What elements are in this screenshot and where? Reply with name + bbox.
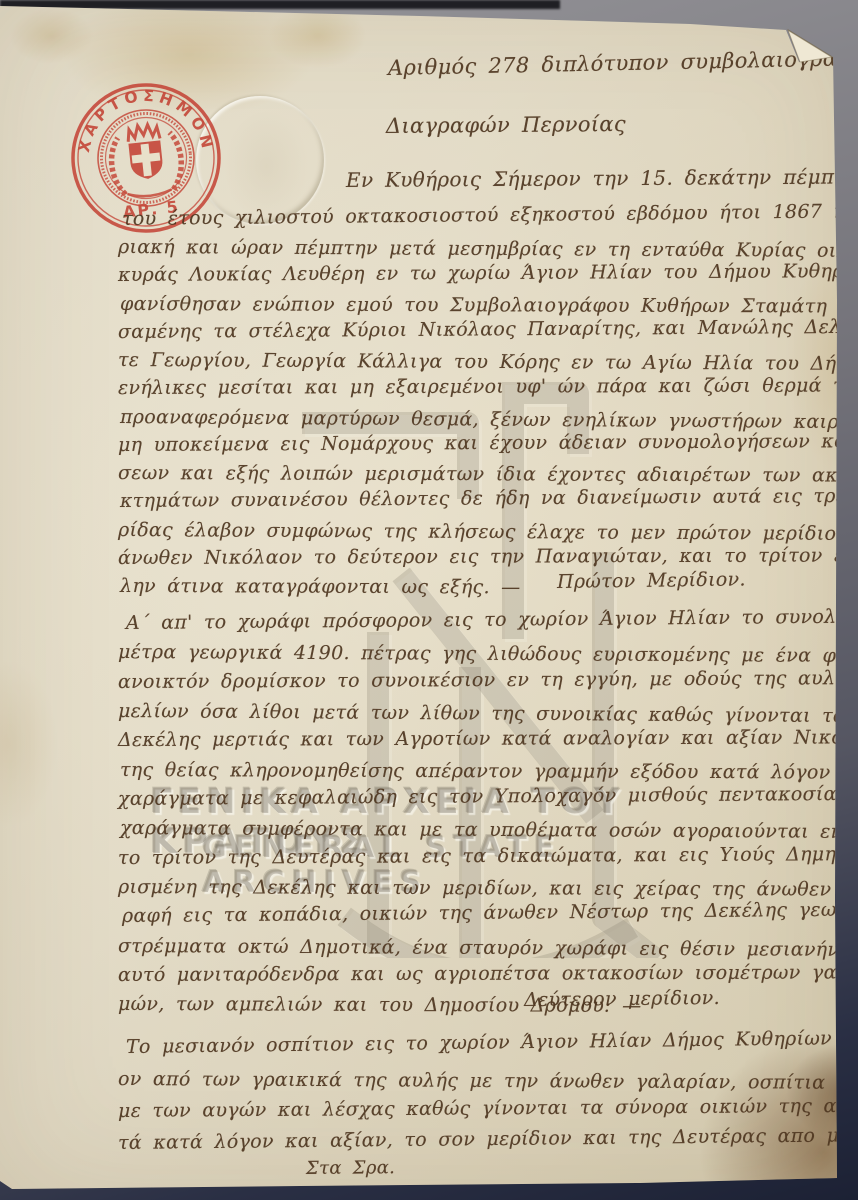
handwriting-line: Α΄ απ' το χωράφι πρόσφορον εις το χωρίον… bbox=[126, 605, 858, 634]
manuscript-page: ΓΕΝΙΚΑ ΑΡΧΕΙΑ ΤΟΥ ΚΡΑΤΟΥΣ GENERAL STATE … bbox=[0, 0, 858, 1200]
handwriting-line: σαμένης τα στέλεχα Κύριοι Νικόλαος Παναρ… bbox=[118, 315, 858, 343]
handwriting-line: ριακή και ώραν πέμπτην μετά μεσημβρίας ε… bbox=[118, 236, 858, 262]
handwriting-line: το τρίτον της Δευτέρας και εις τα δικαιώ… bbox=[118, 842, 858, 869]
handwriting-line: ον από των γραικικά της αυλής με την άνω… bbox=[118, 1068, 858, 1094]
handwriting-line: Αριθμός 278 διπλότυπον συμβολαιογραφικόν… bbox=[388, 43, 858, 80]
handwriting-line: προαναφερόμενα μαρτύρων θεσμά, ξένων ενη… bbox=[120, 406, 858, 433]
handwriting-line: Το μεσιανόν οσπίτιον εις το χωρίον Άγιον… bbox=[126, 1027, 858, 1058]
handwriting-line: κτημάτων συναινέσου θέλοντες δε ήδη να δ… bbox=[120, 484, 858, 512]
handwriting-line: ανοικτόν δρομίσκον το συνοικέσιον εν τη … bbox=[118, 666, 858, 693]
handwriting-line: τε Γεωργίου, Γεωργία Κάλλιγα του Κόρης ε… bbox=[118, 349, 858, 376]
handwriting-line: Στα Σρα. bbox=[306, 1157, 395, 1179]
handwriting-line: μελίων όσα λίθοι μετά των λίθων της συνο… bbox=[118, 700, 858, 728]
handwriting-line: χαράγματα με κεφαλαιώδη εις τον Υπολοχαγ… bbox=[118, 782, 858, 810]
handwriting-line: Δεκέλης μερτιάς και των Αγροτίων κατά αν… bbox=[118, 726, 858, 751]
handwriting-line: τά κατά λόγον και αξίαν, το σον μερίδιον… bbox=[118, 1124, 858, 1154]
greek-cross-shield-icon bbox=[128, 140, 164, 180]
handwriting-line: φανίσθησαν ενώπιον εμού του Συμβολαιογρά… bbox=[120, 293, 858, 318]
handwriting-line: Πρώτον Μερίδιον. bbox=[557, 568, 746, 593]
handwriting-line: ρίδας έλαβον συμφώνως της κλήσεως έλαχε … bbox=[118, 519, 858, 545]
scan-viewport: { "colors":{ "paper":"#e7dfc9", "ink":"#… bbox=[0, 0, 858, 1200]
handwriting-line: Διαγραφών Περνοίας bbox=[386, 112, 626, 138]
handwriting-line: σεων και εξής λοιπών μερισμάτων ίδια έχο… bbox=[118, 462, 858, 487]
handwriting-line: ραφή εις τα κοπάδια, οικιών της άνωθεν Ν… bbox=[122, 898, 858, 927]
laurel-right bbox=[167, 131, 184, 189]
handwriting-line: κυράς Λουκίας Λευθέρη εν τω χωρίω Άγιον … bbox=[118, 260, 858, 286]
crown-icon bbox=[127, 124, 160, 142]
handwriting-line: μέτρα γεωργικά 4190. πέτρας γης λιθώδους… bbox=[118, 641, 858, 668]
handwriting-line: μη υποκείμενα εις Νομάρχους και έχουν άδ… bbox=[118, 430, 858, 456]
handwriting-line: χαράγματα συμφέροντα και με τα υποθέματα… bbox=[120, 817, 858, 843]
handwriting-line: αυτό μανιταρόδενδρα και ως αγριοπέτσα οκ… bbox=[118, 961, 858, 986]
handwriting-line: ρισμένη της Δεκέλης και των μεριδίων, κα… bbox=[118, 876, 858, 901]
handwriting-line: Εν Κυθήροις Σήμερον την 15. δεκάτην πέμπ… bbox=[346, 163, 858, 192]
scanner-bed-edge bbox=[0, 0, 560, 9]
handwriting-line: της θείας κληρονομηθείσης απέραντον γραμ… bbox=[120, 759, 858, 784]
handwriting-line: λην άτινα καταγράφονται ως εξής. — bbox=[120, 575, 521, 598]
handwriting-line: ενήλικες μεσίται και μη εξαιρεμένοι υφ' … bbox=[118, 374, 857, 399]
handwriting-line: με των αυγών και λέσχας καθώς γίνονται τ… bbox=[118, 1094, 858, 1122]
handwriting-line: Δεύτερον μερίδιον. bbox=[524, 987, 720, 1011]
handwriting-line: άνωθεν Νικόλαον το δεύτερον εις την Πανα… bbox=[118, 544, 858, 569]
handwriting-line: στρέμματα οκτώ Δημοτικά, ένα σταυρόν χωρ… bbox=[118, 935, 858, 961]
